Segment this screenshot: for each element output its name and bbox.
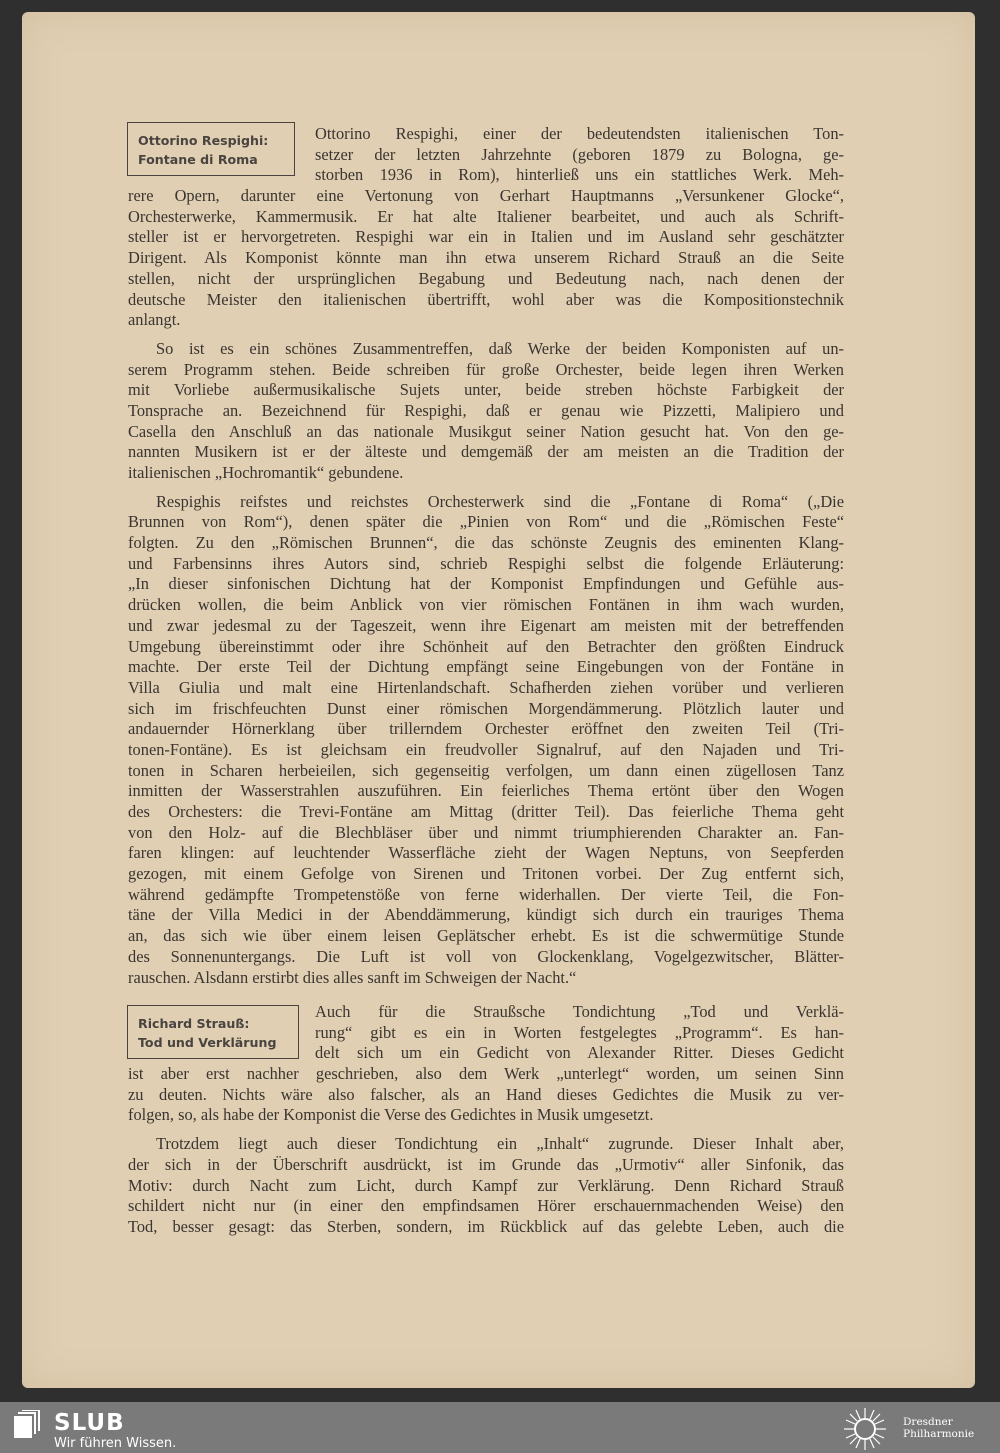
text-line: Orchesterwerke, Kammermusik. Er hat alte… [128, 207, 844, 228]
book-pages-icon [14, 1410, 40, 1438]
text-line: zu deuten. Nichts wäre also falscher, al… [128, 1085, 844, 1106]
text-line: Brunnen von Rom“), denen später die „Pin… [128, 512, 844, 533]
text-line: Motiv: durch Nacht zum Licht, durch Kamp… [128, 1176, 844, 1197]
text-line: des Orchesters: die Trevi-Fontäne am Mit… [128, 802, 844, 823]
text-line: Umgebung übereinstimmt oder ihre Schönhe… [128, 637, 844, 658]
text-line: faren klingen: auf leuchtender Wasserflä… [128, 843, 844, 864]
text-line: Villa Giulia und malt eine Hirtenlandsch… [128, 678, 844, 699]
text-line: Ottorino Respighi, einer der bedeutendst… [128, 124, 844, 145]
text-line: serem Programm stehen. Beide schreiben f… [128, 360, 844, 381]
text-line: nannten Musikern ist er der älteste und … [128, 442, 844, 463]
text-line: stellen, nicht der ursprünglichen Begabu… [128, 269, 844, 290]
text-line: delt sich um ein Gedicht von Alexander R… [128, 1043, 844, 1064]
text-line: sich im frischfeuchten Dunst einer römis… [128, 699, 844, 720]
text-line: italienischen „Hochromantik“ gebundene. [128, 463, 844, 484]
text-line: Auch für die Straußsche Tondichtung „Tod… [128, 1002, 844, 1023]
sunburst-ring-icon [842, 1406, 888, 1452]
text-line: und Farbensinns ihres Autors sind, schri… [128, 554, 844, 575]
text-line: tonen-Fontäne). Es ist gleichsam ein fre… [128, 740, 844, 761]
text-line: Trotzdem liegt auch dieser Tondichtung e… [128, 1134, 844, 1155]
text-line: rere Opern, darunter eine Vertonung von … [128, 186, 844, 207]
text-line: So ist es ein schönes Zusammentreffen, d… [128, 339, 844, 360]
text-line: folgten. Zu den „Römischen Brunnen“, die… [128, 533, 844, 554]
text-line: von den Holz- auf die Blechbläser über u… [128, 823, 844, 844]
text-line: mit Vorliebe außermusikalische Sujets un… [128, 380, 844, 401]
text-line: „In dieser sinfonischen Dichtung hat der… [128, 574, 844, 595]
text-line: rauschen. Alsdann erstirbt dies alles sa… [128, 968, 844, 989]
text-line: Casella den Anschluß an das nationale Mu… [128, 422, 844, 443]
text-line: ist aber erst nachher geschrieben, also … [128, 1064, 844, 1085]
text-line: machte. Der erste Teil der Dichtung empf… [128, 657, 844, 678]
text-line: Respighis reifstes und reichstes Orchest… [128, 492, 844, 513]
section-respighi-text: Ottorino Respighi, einer der bedeutendst… [128, 124, 844, 988]
text-line: deutsche Meister den italienischen übert… [128, 290, 844, 311]
text-line: Dirigent. Als Komponist könnte man ihn e… [128, 248, 844, 269]
phil-name-line2: Philharmonie [903, 1428, 974, 1440]
text-line: täne der Villa Medici in der Abenddämmer… [128, 905, 844, 926]
text-line: während gedämpfte Trompetenstöße von fer… [128, 885, 844, 906]
text-line: anlangt. [128, 310, 844, 331]
section-strauss-text: Auch für die Straußsche Tondichtung „Tod… [128, 1002, 844, 1238]
text-line: inmitten der Wasserstrahlen auszuführen.… [128, 781, 844, 802]
text-line: des Sonnenuntergangs. Die Luft ist voll … [128, 947, 844, 968]
text-line: tonen in Scharen herbeieilen, sich gegen… [128, 761, 844, 782]
text-line: gezogen, mit einem Gefolge von Sirenen u… [128, 864, 844, 885]
text-line: und zwar jedesmal zu der Tageszeit, wenn… [128, 616, 844, 637]
text-line: an, das sich wie über einem leisen Geplä… [128, 926, 844, 947]
slub-tagline: Wir führen Wissen. [54, 1436, 176, 1451]
footer-bar: SLUB Wir führen Wissen. Dresdner Philhar… [0, 1402, 1000, 1453]
phil-name-line1: Dresdner [903, 1416, 974, 1428]
text-line: steller ist er hervorgetreten. Respighi … [128, 227, 844, 248]
dresdner-philharmonie-logo-text: Dresdner Philharmonie [903, 1416, 974, 1440]
text-line: storben 1936 in Rom), hinterließ uns ein… [128, 165, 844, 186]
text-line: drücken wollen, die beim Anblick von vie… [128, 595, 844, 616]
text-line: rung“ gibt es ein in Worten festgelegtes… [128, 1023, 844, 1044]
text-line: der sich in der Überschrift ausdrückt, i… [128, 1155, 844, 1176]
text-line: schildert nicht nur (in einer den empfin… [128, 1196, 844, 1217]
text-line: Tonsprache an. Bezeichnend für Respighi,… [128, 401, 844, 422]
text-line: andauernder Hörnerklang über trillerndem… [128, 719, 844, 740]
text-line: Tod, besser gesagt: das Sterben, sondern… [128, 1217, 844, 1238]
text-line: setzer der letzten Jahrzehnte (geboren 1… [128, 145, 844, 166]
slub-logo-text: SLUB [54, 1410, 125, 1436]
text-line: folgen, so, als habe der Komponist die V… [128, 1105, 844, 1126]
